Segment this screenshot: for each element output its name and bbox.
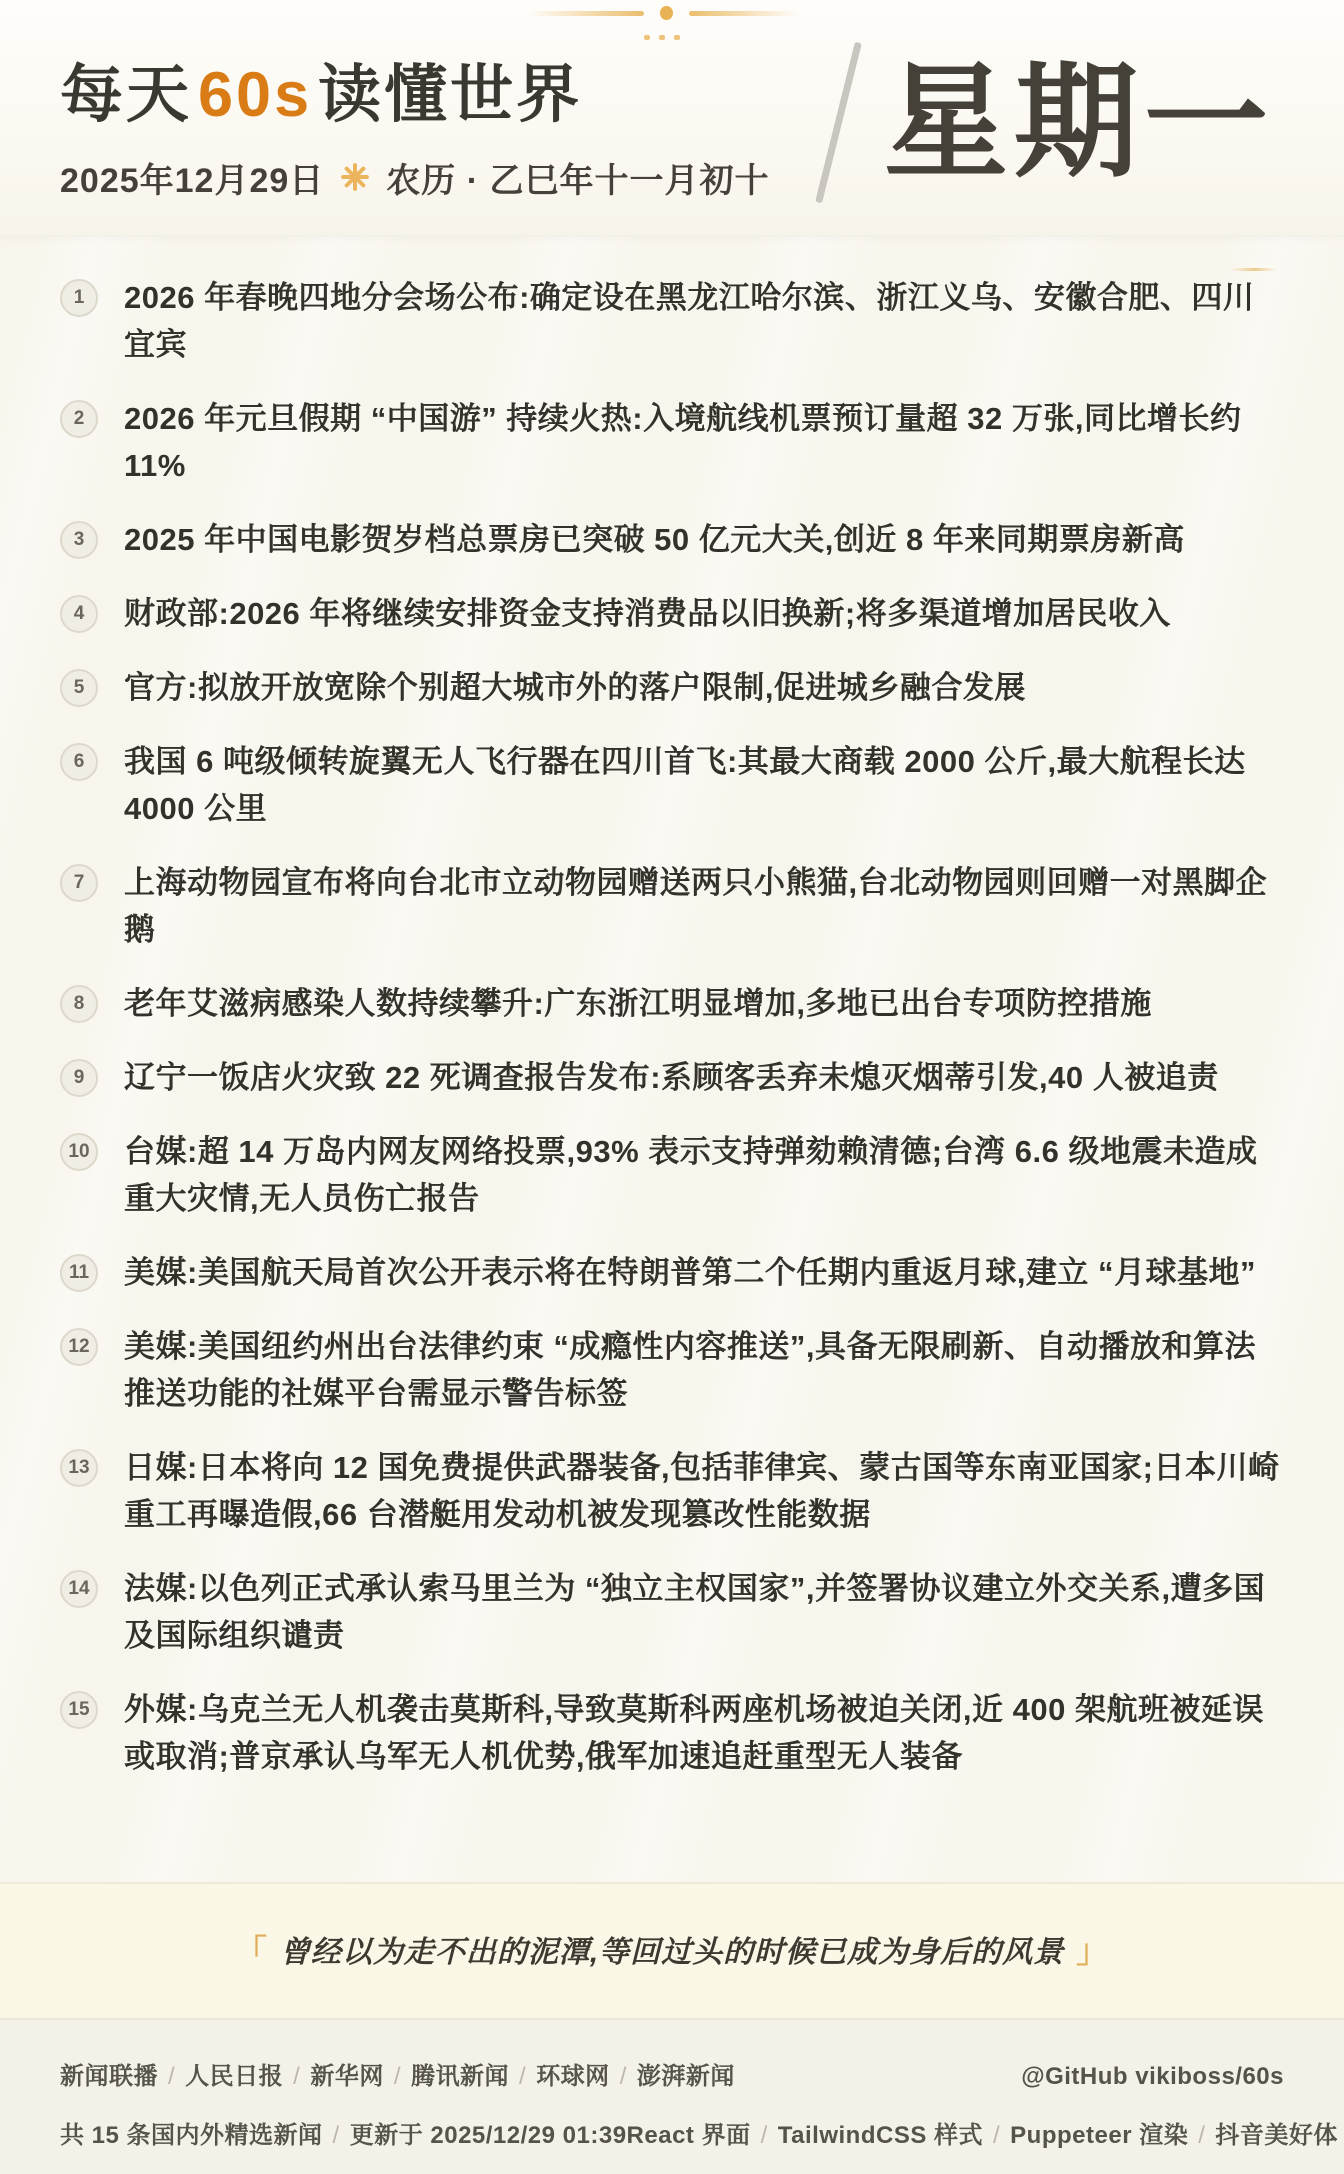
- news-item: 15 外媒:乌克兰无人机袭击莫斯科,导致莫斯科两座机场被迫关闭,近 400 架航…: [60, 1686, 1282, 1780]
- news-item-text: 老年艾滋病感染人数持续攀升:广东浙江明显增加,多地已出台专项防控措施: [124, 980, 1152, 1027]
- header-ornament: [512, 6, 812, 42]
- news-item-number-badge: 3: [60, 521, 98, 559]
- news-item: 2 2026 年元旦假期 “中国游” 持续火热:入境航线机票预订量超 32 万张…: [60, 395, 1282, 489]
- ornament-small-dots: [512, 35, 812, 40]
- news-item: 12 美媒:美国纽约州出台法律约束 “成瘾性内容推送”,具备无限刷新、自动播放和…: [60, 1323, 1282, 1417]
- news-item-text: 外媒:乌克兰无人机袭击莫斯科,导致莫斯科两座机场被迫关闭,近 400 架航班被延…: [124, 1686, 1282, 1780]
- news-item-number-badge: 12: [60, 1328, 98, 1366]
- list-item: 澎湃新闻: [637, 2063, 735, 2090]
- list-item: React 界面: [627, 2122, 751, 2149]
- separator: /: [394, 2063, 401, 2090]
- slash-divider: [815, 42, 862, 204]
- news-item-number-badge: 13: [60, 1449, 98, 1487]
- news-item-text: 我国 6 吨级倾转旋翼无人飞行器在四川首飞:其最大商载 2000 公斤,最大航程…: [124, 738, 1282, 832]
- news-item-number-badge: 5: [60, 669, 98, 707]
- news-item-text: 2025 年中国电影贺岁档总票房已突破 50 亿元大关,创近 8 年来同期票房新…: [124, 516, 1185, 563]
- news-item: 13 日媒:日本将向 12 国免费提供武器装备,包括菲律宾、蒙古国等东南亚国家;…: [60, 1444, 1282, 1538]
- updated-time: 更新于 2025/12/29 01:39: [350, 2122, 627, 2149]
- tech-stack: React 界面/TailwindCSS 样式/Puppeteer 渲染/抖音美…: [627, 2115, 1338, 2150]
- list-item: 腾讯新闻: [411, 2063, 509, 2090]
- news-item: 6 我国 6 吨级倾转旋翼无人飞行器在四川首飞:其最大商载 2000 公斤,最大…: [60, 738, 1282, 832]
- quote-bracket-open: 「: [235, 1933, 268, 1969]
- separator: /: [620, 2063, 627, 2090]
- quote-section: 「曾经以为走不出的泥潭,等回过头的时候已成为身后的风景」: [0, 1882, 1344, 2018]
- separator: /: [168, 2063, 175, 2090]
- news-item: 9 辽宁一饭店火灾致 22 死调查报告发布:系顾客丢弃未熄灭烟蒂引发,40 人被…: [60, 1054, 1282, 1101]
- news-item: 7 上海动物园宣布将向台北市立动物园赠送两只小熊猫,台北动物园则回赠一对黑脚企鹅: [60, 859, 1282, 953]
- news-item-number-badge: 9: [60, 1059, 98, 1097]
- list-item: 抖音美好体: [1215, 2122, 1338, 2149]
- news-item-number-badge: 2: [60, 400, 98, 438]
- news-item-text: 台媒:超 14 万岛内网友网络投票,93% 表示支持弹劾赖清德;台湾 6.6 级…: [124, 1128, 1282, 1222]
- news-item-number-badge: 10: [60, 1133, 98, 1171]
- news-item: 11 美媒:美国航天局首次公开表示将在特朗普第二个任期内重返月球,建立 “月球基…: [60, 1249, 1282, 1296]
- news-item: 8 老年艾滋病感染人数持续攀升:广东浙江明显增加,多地已出台专项防控措施: [60, 980, 1282, 1027]
- news-item: 5 官方:拟放开放宽除个别超大城市外的落户限制,促进城乡融合发展: [60, 664, 1282, 711]
- quote-bracket-close: 」: [1076, 1933, 1109, 1969]
- news-item-number-badge: 14: [60, 1570, 98, 1608]
- news-item-text: 日媒:日本将向 12 国免费提供武器装备,包括菲律宾、蒙古国等东南亚国家;日本川…: [124, 1444, 1282, 1538]
- separator: /: [1198, 2122, 1205, 2149]
- weekday-label: 星期一: [884, 61, 1274, 185]
- news-item-text: 美媒:美国航天局首次公开表示将在特朗普第二个任期内重返月球,建立 “月球基地”: [124, 1249, 1256, 1296]
- list-item: 人民日报: [185, 2063, 283, 2090]
- news-item: 1 2026 年春晚四地分会场公布:确定设在黑龙江哈尔滨、浙江义乌、安徽合肥、四…: [60, 274, 1282, 368]
- title-highlight: 60s: [192, 60, 318, 130]
- daily-news-card: 每天60s读懂世界 2025年12月29日 农历 · 乙巳年十一月初十 星期一: [0, 0, 1344, 2174]
- news-item-text: 上海动物园宣布将向台北市立动物园赠送两只小熊猫,台北动物园则回赠一对黑脚企鹅: [124, 859, 1282, 953]
- footer-meta: 共 15 条国内外精选新闻/更新于 2025/12/29 01:39: [60, 2115, 627, 2150]
- news-item-number-badge: 11: [60, 1254, 98, 1292]
- news-item-number-badge: 15: [60, 1691, 98, 1729]
- news-item-text: 财政部:2026 年将继续安排资金支持消费品以旧换新;将多渠道增加居民收入: [124, 590, 1171, 637]
- news-item-text: 官方:拟放开放宽除个别超大城市外的落户限制,促进城乡融合发展: [124, 664, 1026, 711]
- title-prefix: 每天: [60, 60, 192, 130]
- list-item: TailwindCSS 样式: [778, 2122, 983, 2149]
- title-suffix: 读懂世界: [318, 60, 582, 130]
- news-item-number-badge: 1: [60, 279, 98, 317]
- news-item-number-badge: 7: [60, 864, 98, 902]
- ornament-line-left: [528, 11, 644, 16]
- separator: /: [519, 2063, 526, 2090]
- news-item-text: 辽宁一饭店火灾致 22 死调查报告发布:系顾客丢弃未熄灭烟蒂引发,40 人被追责: [124, 1054, 1219, 1101]
- lunar-date: 农历 · 乙巳年十一月初十: [386, 153, 769, 202]
- footer-row-sources: 新闻联播/人民日报/新华网/腾讯新闻/环球网/澎湃新闻 @GitHub viki…: [60, 2056, 1284, 2091]
- news-sources: 新闻联播/人民日报/新华网/腾讯新闻/环球网/澎湃新闻: [60, 2056, 735, 2091]
- news-item-text: 2026 年元旦假期 “中国游” 持续火热:入境航线机票预订量超 32 万张,同…: [124, 395, 1282, 489]
- news-item-number-badge: 8: [60, 985, 98, 1023]
- news-item-number-badge: 4: [60, 595, 98, 633]
- list-item: 新华网: [310, 2063, 384, 2090]
- ornament-line-right: [689, 11, 797, 16]
- separator: /: [993, 2122, 1000, 2149]
- footer-row-meta: 共 15 条国内外精选新闻/更新于 2025/12/29 01:39 React…: [60, 2115, 1284, 2150]
- list-item: 环球网: [536, 2063, 610, 2090]
- daily-quote: 「曾经以为走不出的泥潭,等回过头的时候已成为身后的风景」: [40, 1926, 1304, 1972]
- footer: 新闻联播/人民日报/新华网/腾讯新闻/环球网/澎湃新闻 @GitHub viki…: [0, 2018, 1344, 2174]
- news-item-text: 2026 年春晚四地分会场公布:确定设在黑龙江哈尔滨、浙江义乌、安徽合肥、四川宜…: [124, 274, 1282, 368]
- separator: /: [293, 2063, 300, 2090]
- page-title: 每天60s读懂世界: [60, 44, 770, 135]
- list-item: Puppeteer 渲染: [1010, 2122, 1188, 2149]
- news-item: 14 法媒:以色列正式承认索马里兰为 “独立主权国家”,并签署协议建立外交关系,…: [60, 1565, 1282, 1659]
- news-item-number-badge: 6: [60, 743, 98, 781]
- news-count: 共 15 条国内外精选新闻: [60, 2122, 323, 2149]
- news-item: 4 财政部:2026 年将继续安排资金支持消费品以旧换新;将多渠道增加居民收入: [60, 590, 1282, 637]
- asterisk-icon: [340, 162, 370, 192]
- header-right: 星期一: [835, 40, 1274, 205]
- separator: /: [333, 2122, 340, 2149]
- news-item: 10 台媒:超 14 万岛内网友网络投票,93% 表示支持弹劾赖清德;台湾 6.…: [60, 1128, 1282, 1222]
- header-left: 每天60s读懂世界 2025年12月29日 农历 · 乙巳年十一月初十: [60, 44, 770, 202]
- news-item: 3 2025 年中国电影贺岁档总票房已突破 50 亿元大关,创近 8 年来同期票…: [60, 516, 1282, 563]
- news-list: 1 2026 年春晚四地分会场公布:确定设在黑龙江哈尔滨、浙江义乌、安徽合肥、四…: [0, 236, 1344, 1882]
- list-item: 新闻联播: [60, 2063, 158, 2090]
- news-item-text: 法媒:以色列正式承认索马里兰为 “独立主权国家”,并签署协议建立外交关系,遭多国…: [124, 1565, 1282, 1659]
- gregorian-date: 2025年12月29日: [60, 153, 324, 202]
- header: 每天60s读懂世界 2025年12月29日 农历 · 乙巳年十一月初十 星期一: [0, 0, 1344, 236]
- date-row: 2025年12月29日 农历 · 乙巳年十一月初十: [60, 153, 770, 202]
- quote-text: 曾经以为走不出的泥潭,等回过头的时候已成为身后的风景: [280, 1936, 1064, 1969]
- ornament-dot-icon: [660, 6, 673, 20]
- news-item-text: 美媒:美国纽约州出台法律约束 “成瘾性内容推送”,具备无限刷新、自动播放和算法推…: [124, 1323, 1282, 1417]
- github-credit: @GitHub vikiboss/60s: [1021, 2063, 1284, 2091]
- separator: /: [761, 2122, 768, 2149]
